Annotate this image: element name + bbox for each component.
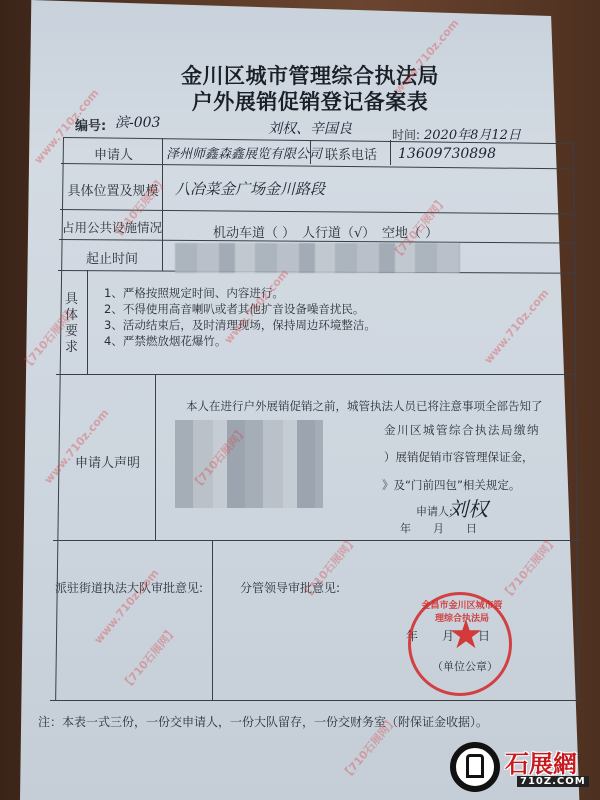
requirement-item: 1、严格按照规定时间、内容进行。 xyxy=(104,285,376,301)
site-logo-glyph xyxy=(466,754,484,778)
declaration-date: 年 月 日 xyxy=(400,520,477,536)
footer-note: 注：本表一式三份，一份交申请人，一份大队留存，一份交财务室（附保证金收据）。 xyxy=(38,713,488,730)
form-title-line2: 户外展销促销登记备案表 xyxy=(150,86,470,116)
approval-divider xyxy=(212,540,213,700)
serial-value: 滨-003 xyxy=(115,112,160,132)
declaration-line-2: 金川区城管综合执法局缴纳 xyxy=(384,422,540,438)
handwritten-names: 刘权、辛国良 xyxy=(268,118,352,138)
site-logo-url: 710Z.COM xyxy=(517,776,589,787)
location-value: 八冶菜金广场金川路段 xyxy=(175,178,325,199)
label-column-divider xyxy=(162,138,163,271)
table-row-divider xyxy=(56,374,578,375)
table-border-bottom xyxy=(50,700,582,701)
declaration-line-1: 本人在进行户外展销促销之前，城管执法人员已将注意事项全部告知了 xyxy=(186,398,543,414)
table-border-right xyxy=(573,141,579,701)
declaration-line-3: ）展销促销市容管理保证金， xyxy=(384,449,534,465)
phone-value-divider xyxy=(390,140,391,165)
facility-option-motor-lane: 机动车道（ ） xyxy=(213,222,295,241)
table-row-divider xyxy=(53,540,581,541)
time-label: 起止时间 xyxy=(62,248,162,267)
declaration-line-4: 》及“门前四包”相关规定。 xyxy=(382,477,520,493)
phone-value: 13609730898 xyxy=(398,146,496,162)
facility-option-sidewalk: 人行道（√） xyxy=(302,222,375,241)
phone-label: 联系电话 xyxy=(312,144,390,163)
applicant-value: 泽州师鑫森鑫展览有限公司 xyxy=(166,143,322,162)
date-value: 2020年8月12日 xyxy=(424,124,521,143)
seal-text: 金昌市金川区城市管理综合执法局 xyxy=(418,598,506,624)
req-label-divider xyxy=(87,270,88,374)
applicant-label: 申请人 xyxy=(65,144,162,163)
site-logo-name: 石展網 xyxy=(505,744,577,779)
time-value-redacted xyxy=(175,243,460,273)
decl-label-divider xyxy=(155,374,156,540)
declaration-signature: 刘权 xyxy=(448,493,488,522)
